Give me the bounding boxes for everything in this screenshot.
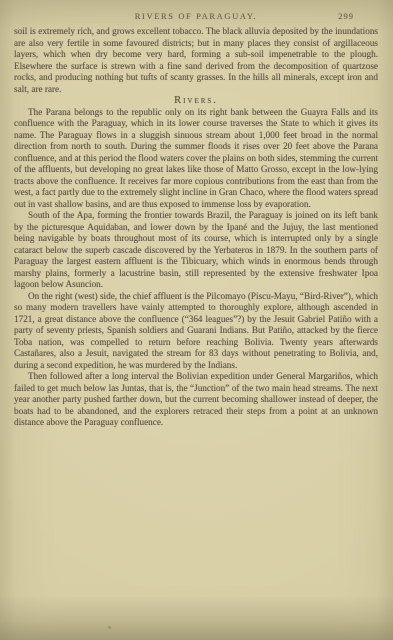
paragraph-parana: The Parana belongs to the republic only …: [14, 107, 378, 211]
paragraph-bolivian-expedition: Then followed after a long interval the …: [14, 371, 378, 429]
paragraph-pilcomayo: On the right (west) side, the chief affl…: [14, 291, 378, 372]
section-heading-rivers: Rivers.: [14, 95, 378, 107]
page-number: 299: [338, 11, 354, 21]
paragraph-apa-affluents: South of the Apa, forming the frontier t…: [14, 210, 378, 291]
book-page: RIVERS OF PARAGUAY. 299 soil is extremel…: [0, 0, 393, 640]
paragraph-soil: soil is extremely rich, and grows excell…: [14, 26, 378, 95]
page-body: soil is extremely rich, and grows excell…: [14, 26, 378, 429]
running-header-title: RIVERS OF PARAGUAY.: [14, 11, 378, 21]
scan-smudge-artifact: [108, 626, 111, 629]
running-header: RIVERS OF PARAGUAY. 299: [14, 11, 378, 23]
